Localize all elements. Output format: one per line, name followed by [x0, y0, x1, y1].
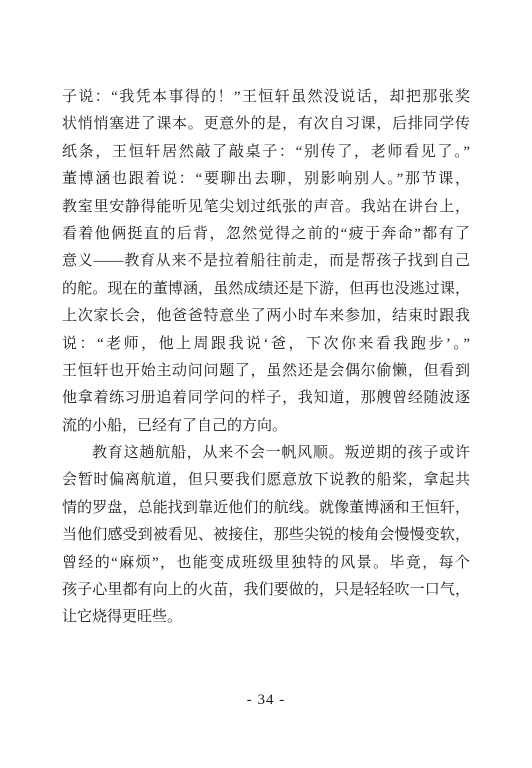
text-line: 子说：“我凭本事得的！”王恒轩虽然没说话，却把那张奖: [62, 84, 470, 111]
text-line: 说：“老师，他上周跟我说‘爸，下次你来看我跑步’。”: [62, 331, 470, 358]
text-line: 流的小船，已经有了自己的方向。: [62, 413, 470, 440]
text-line: 曾经的“麻烦”，也能变成班级里独特的风景。毕竟，每个: [62, 550, 470, 577]
page-number: - 34 -: [0, 692, 532, 709]
document-page: 子说：“我凭本事得的！”王恒轩虽然没说话，却把那张奖状悄悄塞进了课本。更意外的是…: [0, 0, 532, 768]
text-line: 教室里安静得能听见笔尖划过纸张的声音。我站在讲台上，: [62, 194, 470, 221]
text-line: 董博涵也跟着说：“要聊出去聊，别影响别人。”那节课，: [62, 166, 470, 193]
text-line: 当他们感受到被看见、被接住，那些尖锐的棱角会慢慢变软，: [62, 522, 470, 549]
text-line: 王恒轩也开始主动问问题了，虽然还是会偶尔偷懒，但看到: [62, 358, 470, 385]
text-line: 纸条，王恒轩居然敲了敲桌子：“别传了，老师看见了。”: [62, 139, 470, 166]
text-line: 教育这趟航船，从来不会一帆风顺。叛逆期的孩子或许: [62, 440, 470, 467]
text-line: 情的罗盘，总能找到靠近他们的航线。就像董博涵和王恒轩，: [62, 495, 470, 522]
text-line: 上次家长会，他爸爸特意坐了两小时车来参加，结束时跟我: [62, 303, 470, 330]
text-line: 状悄悄塞进了课本。更意外的是，有次自习课，后排同学传: [62, 111, 470, 138]
text-line: 他拿着练习册追着同学问的样子，我知道，那艘曾经随波逐: [62, 385, 470, 412]
text-line: 的舵。现在的董博涵，虽然成绩还是下游，但再也没逃过课，: [62, 276, 470, 303]
text-line: 意义——教育从来不是拉着船往前走，而是帮孩子找到自己: [62, 248, 470, 275]
text-line: 让它烧得更旺些。: [62, 604, 470, 631]
text-block: 子说：“我凭本事得的！”王恒轩虽然没说话，却把那张奖状悄悄塞进了课本。更意外的是…: [62, 84, 470, 632]
text-line: 看着他俩挺直的后背，忽然觉得之前的“疲于奔命”都有了: [62, 221, 470, 248]
text-line: 孩子心里都有向上的火苗，我们要做的，只是轻轻吹一口气，: [62, 577, 470, 604]
text-line: 会暂时偏离航道，但只要我们愿意放下说教的船桨，拿起共: [62, 467, 470, 494]
